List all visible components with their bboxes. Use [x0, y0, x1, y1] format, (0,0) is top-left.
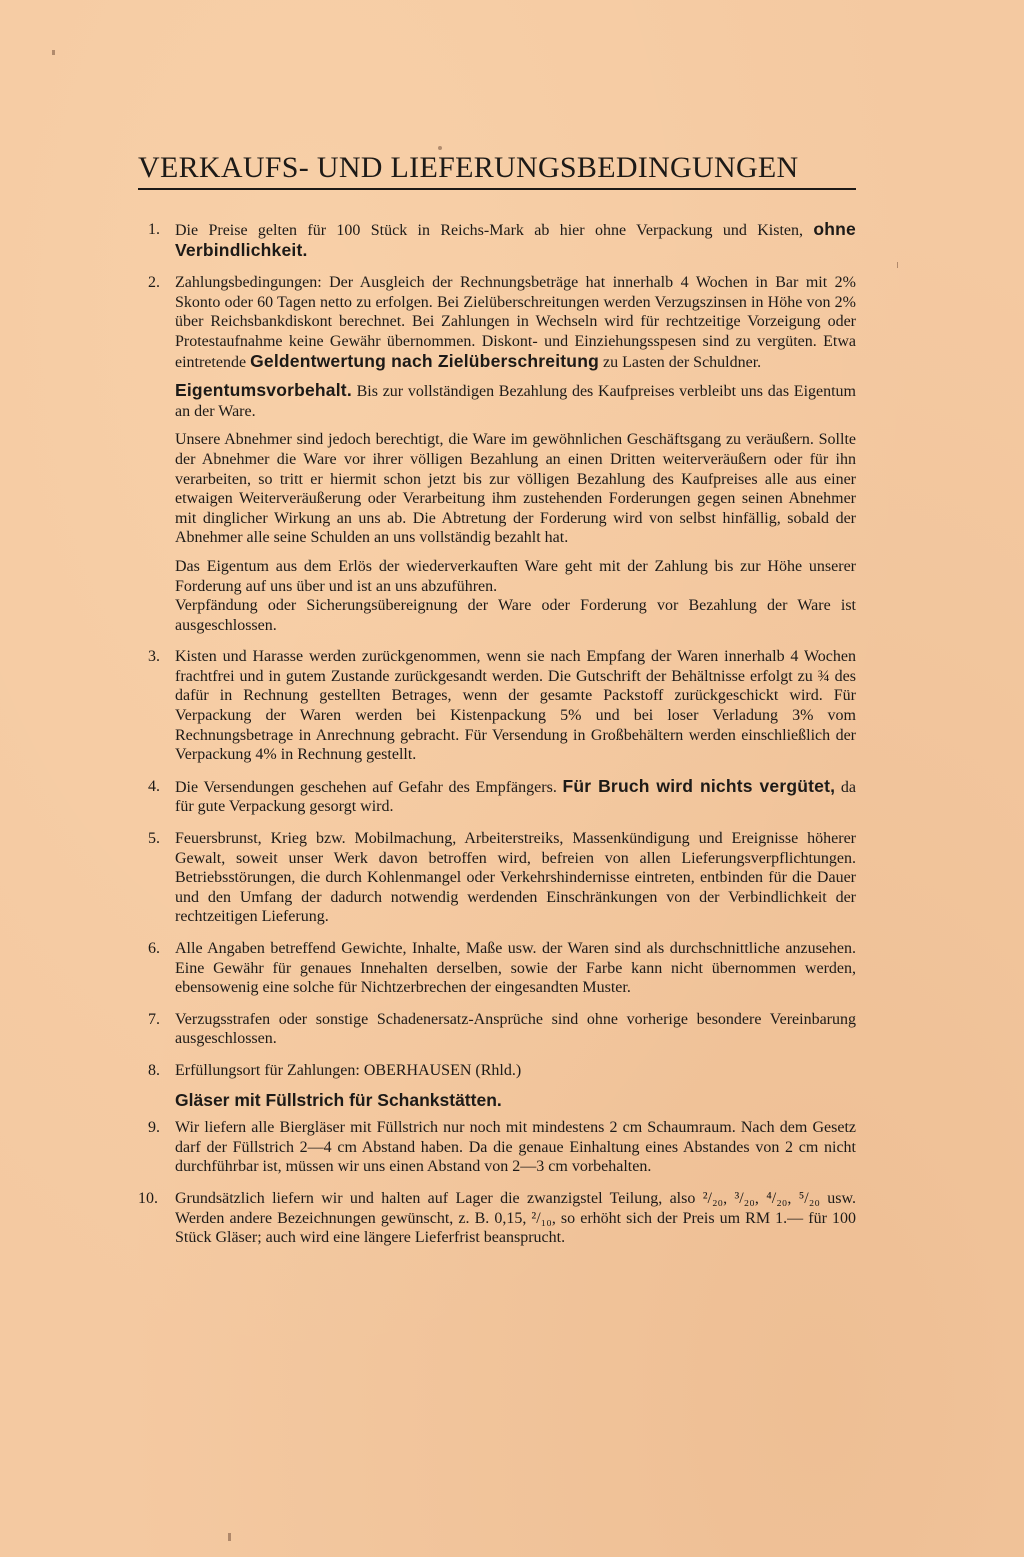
- item-text: Verzugsstrafen oder sonstige Schadenersa…: [175, 1010, 856, 1049]
- term-item-2: 2. Zahlungsbedingungen: Der Ausgleich de…: [138, 273, 856, 635]
- item-text: Die Versendungen geschehen auf Gefahr de…: [175, 777, 856, 817]
- term-item-6: 6. Alle Angaben betreffend Gewichte, Inh…: [138, 939, 856, 998]
- terms-page: VERKAUFS- UND LIEFERUNGSBEDINGUNGEN 1. D…: [138, 150, 856, 1260]
- item-number: 3.: [148, 647, 160, 667]
- text-segment: Die Preise gelten für 100 Stück in Reich…: [175, 222, 813, 239]
- text-segment: Die Versendungen geschehen auf Gefahr de…: [175, 779, 563, 796]
- term-item-4: 4. Die Versendungen geschehen auf Gefahr…: [138, 777, 856, 817]
- term-item-7: 7. Verzugsstrafen oder sonstige Schadene…: [138, 1010, 856, 1049]
- item-text: Zahlungsbedingungen: Der Ausgleich der R…: [175, 273, 856, 372]
- bold-emphasis: Geldentwertung nach Zielüberschreitung: [250, 351, 599, 371]
- term-item-10: 10. Grundsätzlich liefern wir und halten…: [138, 1189, 856, 1248]
- proceeds-paragraph: Das Eigentum aus dem Erlös der wiederver…: [175, 557, 856, 596]
- pledge-paragraph: Verpfändung oder Sicherungsübereignung d…: [175, 596, 856, 635]
- paper-speck: [438, 146, 442, 150]
- item-text: Kisten und Harasse werden zurückgenommen…: [175, 647, 856, 765]
- item-number: 5.: [148, 829, 160, 849]
- item-number: 6.: [148, 939, 160, 959]
- item-number: 7.: [148, 1010, 160, 1030]
- bold-emphasis: Für Bruch wird nichts vergütet,: [563, 776, 836, 796]
- item-number: 9.: [148, 1118, 160, 1138]
- item-text: Erfüllungsort für Zahlungen: OBERHAUSEN …: [175, 1061, 856, 1081]
- terms-list: 1. Die Preise gelten für 100 Stück in Re…: [138, 220, 856, 1248]
- item-text: Die Preise gelten für 100 Stück in Reich…: [175, 220, 856, 261]
- item-number: 10.: [138, 1189, 158, 1209]
- item-number: 8.: [148, 1061, 160, 1081]
- item-text: Wir liefern alle Biergläser mit Füllstri…: [175, 1118, 856, 1177]
- text-segment: zu Lasten der Schuldner.: [599, 354, 761, 371]
- section-heading-glasses: Gläser mit Füllstrich für Schankstätten.: [138, 1091, 856, 1111]
- paper-speck: [52, 50, 55, 55]
- page-title: VERKAUFS- UND LIEFERUNGSBEDINGUNGEN: [138, 150, 856, 190]
- item-text: Feuersbrunst, Krieg bzw. Mobilmachung, A…: [175, 829, 856, 927]
- item-number: 4.: [148, 777, 160, 797]
- paper-speck: [228, 1533, 231, 1541]
- item-text: Grundsätzlich liefern wir und halten auf…: [175, 1189, 856, 1248]
- retention-of-title-paragraph: Eigentumsvorbehalt. Bis zur vollständige…: [175, 381, 856, 421]
- item-text: Alle Angaben betreffend Gewichte, Inhalt…: [175, 939, 856, 998]
- section-heading-text: Gläser mit Füllstrich für Schankstätten.: [175, 1091, 856, 1111]
- resale-paragraph: Unsere Abnehmer sind jedoch berechtigt, …: [175, 430, 856, 548]
- term-item-8: 8. Erfüllungsort für Zahlungen: OBERHAUS…: [138, 1061, 856, 1081]
- bold-emphasis: Eigentumsvorbehalt.: [175, 380, 352, 400]
- term-item-9: 9. Wir liefern alle Biergläser mit Fülls…: [138, 1118, 856, 1177]
- term-item-1: 1. Die Preise gelten für 100 Stück in Re…: [138, 220, 856, 261]
- paper-speck: [897, 262, 898, 268]
- item-number: 1.: [148, 220, 160, 240]
- item-number: 2.: [148, 273, 160, 293]
- term-item-5: 5. Feuersbrunst, Krieg bzw. Mobilmachung…: [138, 829, 856, 927]
- term-item-3: 3. Kisten und Harasse werden zurückgenom…: [138, 647, 856, 765]
